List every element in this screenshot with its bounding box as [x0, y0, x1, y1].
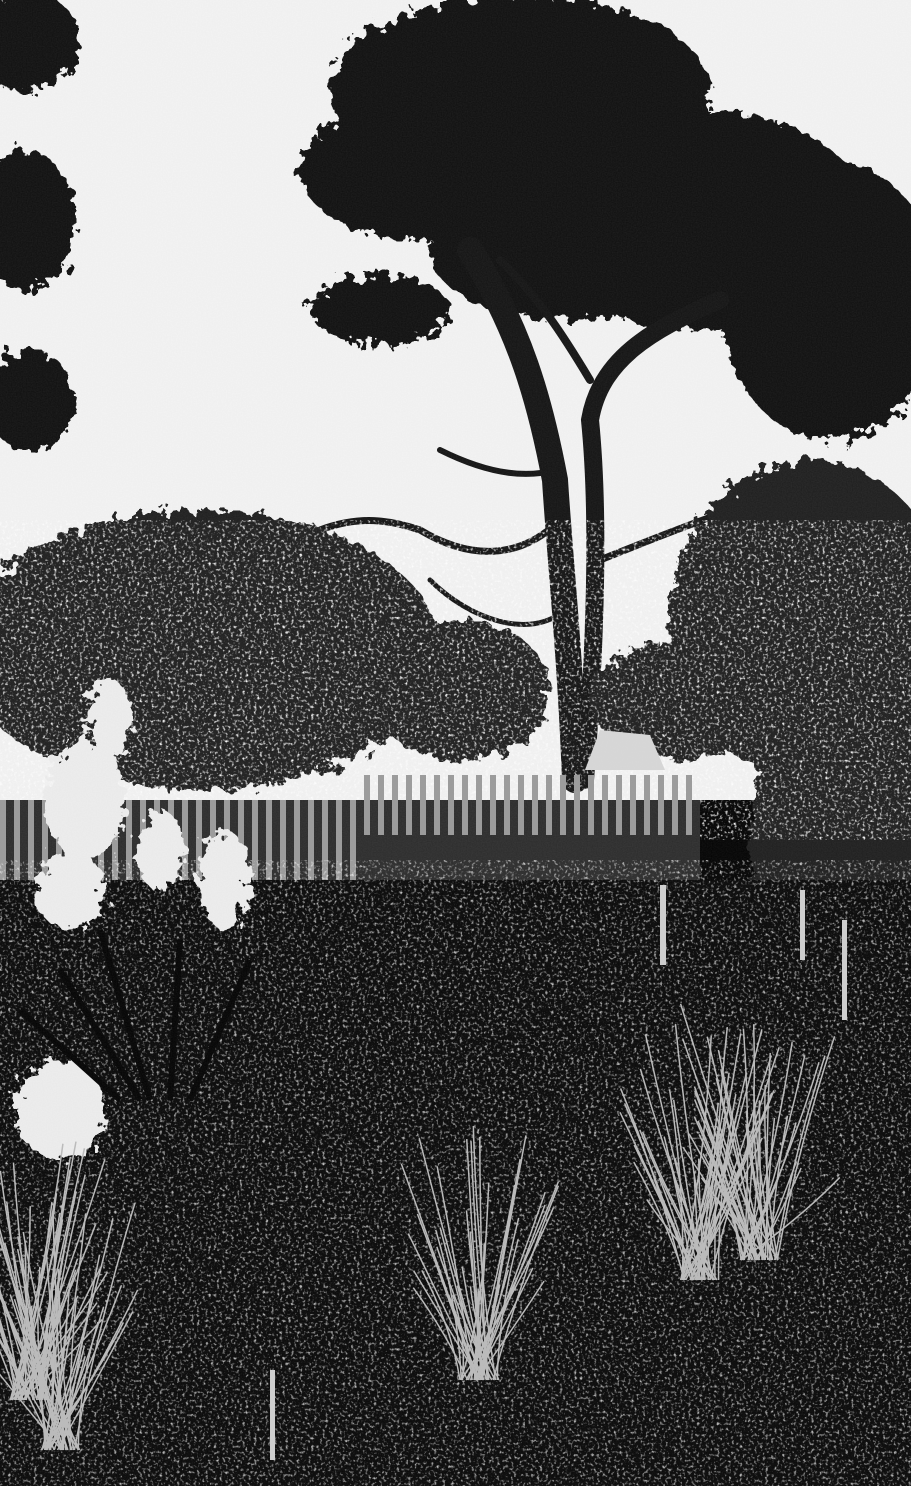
garden-photograph: [0, 0, 911, 1486]
film-grain: [0, 0, 911, 1486]
